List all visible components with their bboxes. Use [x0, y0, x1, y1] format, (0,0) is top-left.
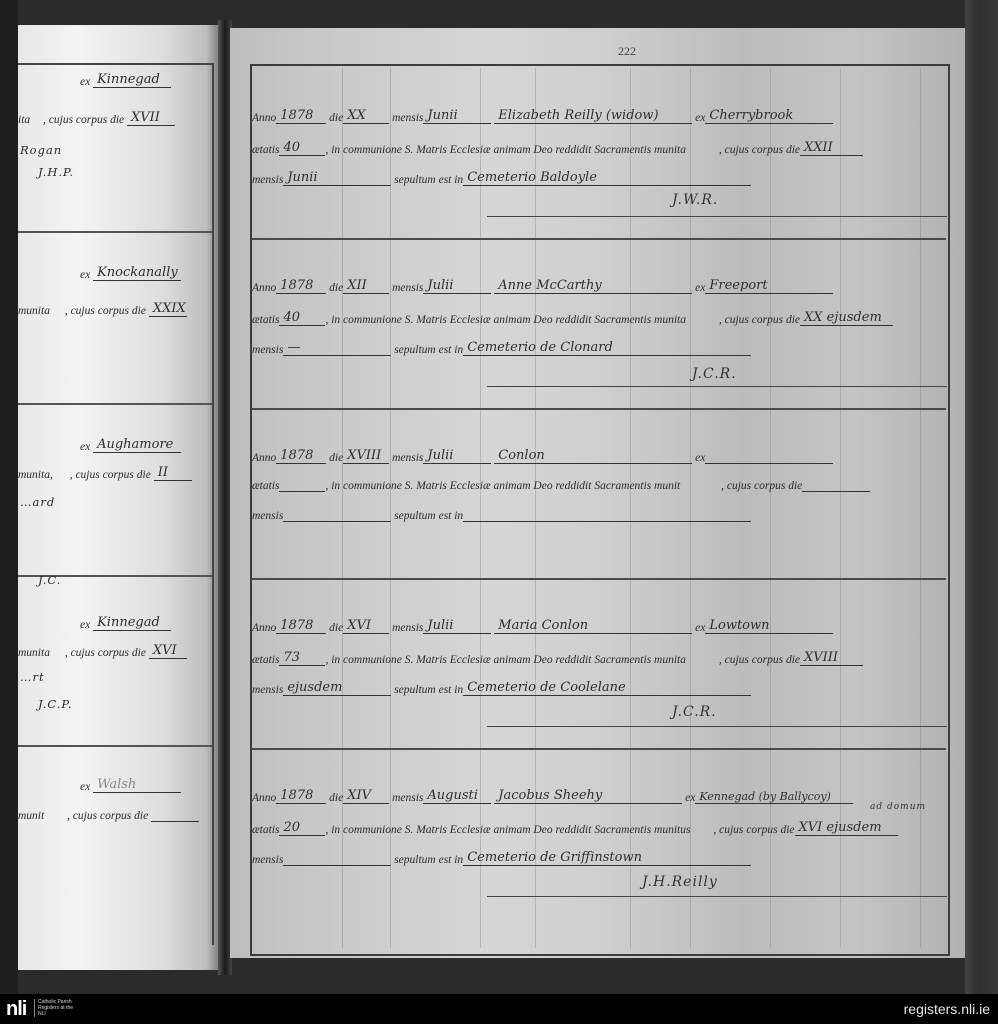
- left-fragment-ex: ex Kinnegad: [80, 615, 171, 631]
- left-fragment-hand: Rogan: [20, 143, 62, 157]
- entry-day: XX: [343, 108, 389, 124]
- entry-cemetery: Cemeterio de Clonard: [463, 340, 751, 356]
- left-fragment-ex: ex Knockanally: [80, 265, 181, 281]
- entry-line-date: Anno1878 dieXVIII mensisJulii Conlon ex: [252, 448, 833, 464]
- entry-line-date: Anno1878 dieXVI mensisJulii Maria Conlon…: [252, 618, 833, 634]
- entry-from: Cherrybrook: [705, 108, 833, 124]
- entry-year: 1878: [276, 448, 326, 464]
- entry-from-note: ad domum: [870, 802, 926, 812]
- left-fragment-signature: J.H.P.: [38, 165, 74, 179]
- burial-entry: Anno1878 dieXVI mensisJulii Maria Conlon…: [252, 580, 946, 750]
- entry-line-burial: mensisJunii sepultum est inCemeterio Bal…: [252, 170, 751, 186]
- site-link[interactable]: registers.nli.ie: [904, 1001, 990, 1017]
- left-fragment-hand: …rt: [20, 670, 45, 684]
- left-fragment-ex: ex Kinnegad: [80, 72, 171, 88]
- entry-from: Kennegad (by Ballycoy): [695, 790, 853, 804]
- entry-month: Julii: [423, 448, 491, 464]
- entry-signature: J.C.R.: [672, 704, 717, 720]
- left-fragment-cujus: munita, , cujus corpus die II: [18, 465, 192, 481]
- entry-line-date: Anno1878 dieXIV mensisAugusti Jacobus Sh…: [252, 788, 853, 804]
- page-number: 222: [618, 44, 636, 59]
- entry-year: 1878: [276, 278, 326, 294]
- entry-name: Jacobus Sheehy: [494, 788, 682, 804]
- entry-name: Maria Conlon: [494, 618, 692, 634]
- left-fragment-hand: …ard: [20, 495, 55, 509]
- left-fragment-ex: ex Walsh: [80, 777, 181, 793]
- entry-age: 20: [279, 820, 325, 836]
- entry-month: Julii: [423, 618, 491, 634]
- entry-cemetery: [463, 521, 751, 522]
- entry-from: Lowtown: [705, 618, 833, 634]
- entry-year: 1878: [276, 108, 326, 124]
- entry-cemetery: Cemeterio de Coolelane: [463, 680, 751, 696]
- footer-bar: nli Catholic Parish Registers at the NLI…: [0, 994, 998, 1024]
- scan-edge-right: [965, 0, 998, 994]
- left-separator: [18, 231, 212, 233]
- entry-age: [279, 491, 325, 492]
- entry-burial-month: [283, 865, 391, 866]
- left-fragment-cujus: munita , cujus corpus die XVI: [18, 643, 187, 659]
- nli-logo[interactable]: nli: [6, 999, 26, 1019]
- entry-line-burial: mensis sepultum est in: [252, 510, 751, 522]
- left-fragment-cujus: munit , cujus corpus die: [18, 810, 199, 822]
- entry-year: 1878: [276, 788, 326, 804]
- entry-signature: J.C.R.: [692, 366, 737, 382]
- entry-line-burial: mensis sepultum est inCemeterio de Griff…: [252, 850, 751, 866]
- left-fragment-signature: J.C.: [38, 573, 61, 587]
- entry-line-burial: mensisejusdem sepultum est inCemeterio d…: [252, 680, 751, 696]
- register-image-viewer[interactable]: ex Kinnegad ita , cujus corpus die XVII …: [0, 0, 998, 994]
- entry-month: Julii: [423, 278, 491, 294]
- entry-burial-month: Junii: [283, 170, 391, 186]
- entry-month: Junii: [423, 108, 491, 124]
- entry-day: XVI: [343, 618, 389, 634]
- entry-from: Freeport: [705, 278, 833, 294]
- left-fragment-cujus: munita , cujus corpus die XXIX: [18, 301, 187, 317]
- burial-entry: Anno1878 dieXVIII mensisJulii Conlon ex …: [252, 410, 946, 580]
- entry-year: 1878: [276, 618, 326, 634]
- left-separator: [18, 745, 212, 747]
- entry-line-age: ætatis20, in communione S. Matris Eccles…: [252, 820, 898, 836]
- entry-signature: J.H.Reilly: [642, 874, 718, 890]
- left-fragment-cujus: ita , cujus corpus die XVII: [18, 110, 175, 126]
- entry-day: XVIII: [343, 448, 389, 464]
- entry-age: 73: [279, 650, 325, 666]
- burial-entry: Anno1878 dieXX mensisJunii Elizabeth Rei…: [252, 70, 946, 240]
- entry-line-age: ætatis40, in communione S. Matris Eccles…: [252, 140, 863, 156]
- entry-cemetery: Cemeterio de Griffinstown: [463, 850, 751, 866]
- burial-entry: Anno1878 dieXIV mensisAugusti Jacobus Sh…: [252, 750, 946, 920]
- entry-age: 40: [279, 310, 325, 326]
- entry-day: XIV: [343, 788, 389, 804]
- scan-edge: [0, 0, 18, 994]
- left-fragment-ex: ex Aughamore: [80, 437, 181, 453]
- entry-burial-month: —: [283, 340, 391, 356]
- entry-burial-day: XXII: [800, 140, 863, 156]
- entry-name: Anne McCarthy: [494, 278, 692, 294]
- burial-entry: Anno1878 dieXII mensisJulii Anne McCarth…: [252, 240, 946, 410]
- entry-line-age: ætatis73, in communione S. Matris Eccles…: [252, 650, 863, 666]
- nli-logo-subtitle: Catholic Parish Registers at the NLI: [34, 999, 78, 1017]
- entry-line-date: Anno1878 dieXX mensisJunii Elizabeth Rei…: [252, 108, 833, 124]
- entry-name: Elizabeth Reilly (widow): [494, 108, 692, 124]
- entry-signature: J.W.R.: [672, 192, 718, 208]
- entry-line-burial: mensis— sepultum est inCemeterio de Clon…: [252, 340, 751, 356]
- entry-burial-month: [283, 521, 391, 522]
- entry-month: Augusti: [423, 788, 491, 804]
- entry-day: XII: [343, 278, 389, 294]
- entry-cemetery: Cemeterio Baldoyle: [463, 170, 751, 186]
- left-facing-page: ex Kinnegad ita , cujus corpus die XVII …: [18, 25, 223, 970]
- entry-line-age: ætatis, in communione S. Matris Ecclesiæ…: [252, 480, 870, 492]
- left-separator: [18, 403, 212, 405]
- entry-line-age: ætatis40, in communione S. Matris Eccles…: [252, 310, 893, 326]
- entry-burial-month: ejusdem: [283, 680, 391, 696]
- entry-burial-day: [802, 491, 870, 492]
- entry-burial-day: XX ejusdem: [800, 310, 893, 326]
- entry-burial-day: XVI ejusdem: [795, 820, 898, 836]
- entry-from: [705, 463, 833, 464]
- entry-burial-day: XVIII: [800, 650, 863, 666]
- entry-name: Conlon: [494, 448, 692, 464]
- left-fragment-signature: J.C.P.: [38, 697, 72, 711]
- entry-age: 40: [279, 140, 325, 156]
- right-register-page: 222 Anno1878 dieXX mensisJunii Elizabeth…: [230, 28, 965, 958]
- entry-line-date: Anno1878 dieXII mensisJulii Anne McCarth…: [252, 278, 833, 294]
